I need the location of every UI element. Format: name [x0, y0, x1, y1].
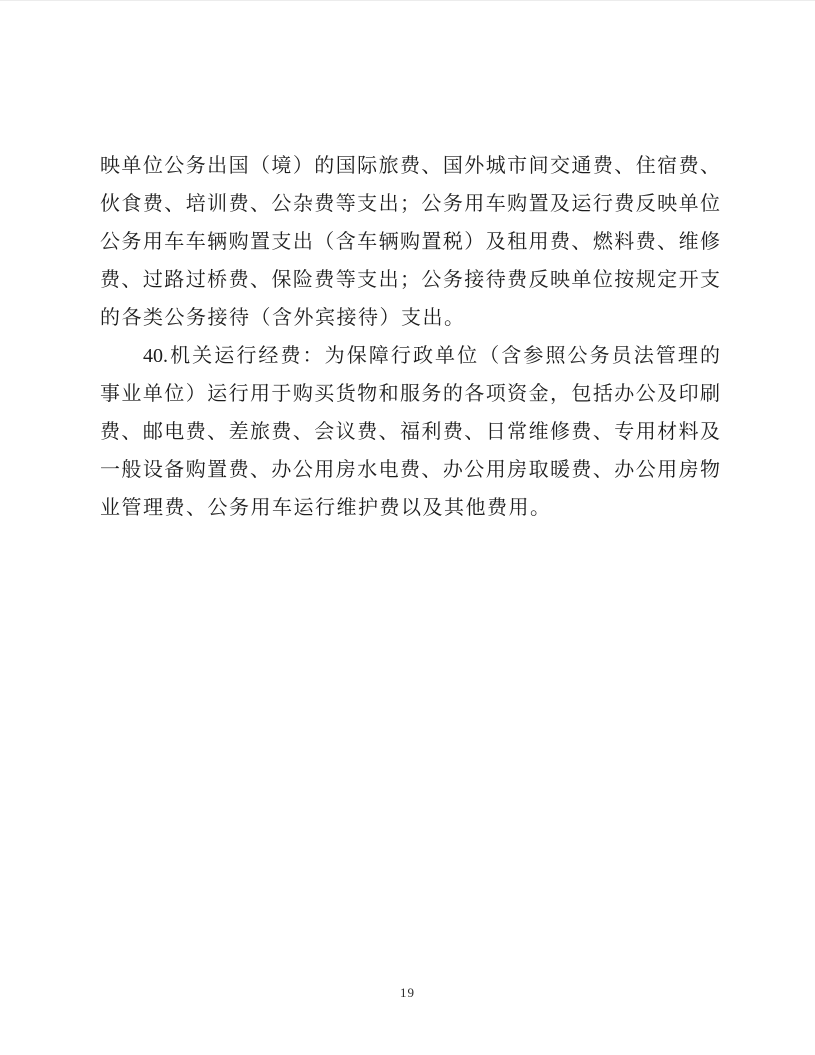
text-line: 的各类公务接待（含外宾接待）支出。 [100, 299, 720, 337]
page-number: 19 [400, 985, 415, 1000]
text-line: 40.机关运行经费：为保障行政单位（含参照公务员法管理的 [100, 337, 720, 375]
text-line: 费、邮电费、差旅费、会议费、福利费、日常维修费、专用材料及 [100, 413, 720, 451]
paragraph-item-40-agency-operating-funds: 40.机关运行经费：为保障行政单位（含参照公务员法管理的 事业单位）运行用于购买… [100, 337, 720, 527]
text-line: 业管理费、公务用车运行维护费以及其他费用。 [100, 489, 720, 527]
text-line: 公务用车车辆购置支出（含车辆购置税）及租用费、燃料费、维修 [100, 223, 720, 261]
page-footer: 19 [0, 984, 815, 1002]
text-line: 映单位公务出国（境）的国际旅费、国外城市间交通费、住宿费、 [100, 147, 720, 185]
body-text: 映单位公务出国（境）的国际旅费、国外城市间交通费、住宿费、 伙食费、培训费、公杂… [100, 147, 720, 527]
paragraph-expense-definitions-continuation: 映单位公务出国（境）的国际旅费、国外城市间交通费、住宿费、 伙食费、培训费、公杂… [100, 147, 720, 337]
text-line: 一般设备购置费、办公用房水电费、办公用房取暖费、办公用房物 [100, 451, 720, 489]
text-line: 伙食费、培训费、公杂费等支出；公务用车购置及运行费反映单位 [100, 185, 720, 223]
document-page: 映单位公务出国（境）的国际旅费、国外城市间交通费、住宿费、 伙食费、培训费、公杂… [0, 0, 815, 1055]
text-line: 事业单位）运行用于购买货物和服务的各项资金，包括办公及印刷 [100, 375, 720, 413]
text-line: 费、过路过桥费、保险费等支出；公务接待费反映单位按规定开支 [100, 261, 720, 299]
